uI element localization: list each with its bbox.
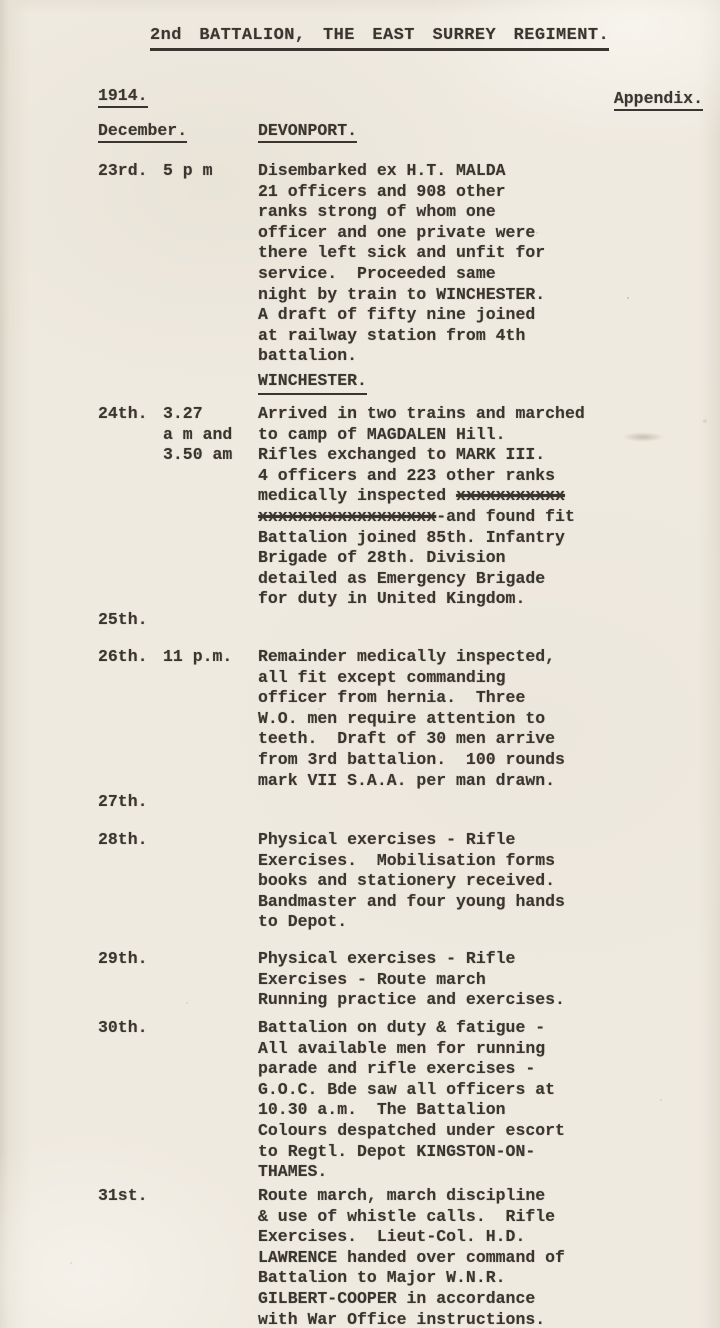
entry-time: 11 p.m. [163,647,258,668]
struck-out-text: xxxxxxxxxxxxxxxxxx [258,507,436,526]
month-heading: December. [98,121,187,143]
entry-date: 24th. [98,404,163,425]
diary-entry-26th: 26th.11 p.m.Remainder medically inspecte… [98,647,710,791]
entry-body: Remainder medically inspected,all fit ex… [258,647,710,791]
year-heading: 1914. [98,86,148,108]
location-heading-label: WINCHESTER. [258,371,367,395]
entry-date: 28th. [98,830,163,851]
entry-date: 23rd. [98,161,163,182]
diary-entry-23rd: 23rd.5 p mDisembarked ex H.T. MALDA21 of… [98,161,710,367]
entry-body: Battalion on duty & fatigue -All availab… [258,1018,710,1183]
diary-entry-31st: 31st.Route march, march discipline& use … [98,1186,710,1328]
entry-time: 3.27 a m and 3.50 am [163,404,258,466]
entry-date: 27th. [98,792,163,813]
entry-body: Physical exercises - RifleExercises - Ro… [258,949,710,1011]
diary-entry-27th: 27th. [98,792,710,813]
entry-time: 5 p m [163,161,258,182]
entry-date: 30th. [98,1018,163,1039]
entry-body: Physical exercises - RifleExercises. Mob… [258,830,710,933]
location-heading-winchester: WINCHESTER. [98,371,710,395]
location-heading-devonport: DEVONPORT. [258,121,357,143]
struck-out-text: xxxxxxxxxxx [456,486,565,505]
diary-entry-25th: 25th. [98,610,710,631]
diary-entry-29th: 29th.Physical exercises - RifleExercises… [98,949,710,1011]
entry-date: 29th. [98,949,163,970]
diary-entry-24th: 24th.3.27 a m and 3.50 amArrived in two … [98,404,710,610]
entry-body: Arrived in two trains and marchedto camp… [258,404,710,610]
page-title: 2nd BATTALION, THE EAST SURREY REGIMENT. [150,26,609,51]
diary-entry-28th: 28th.Physical exercises - RifleExercises… [98,830,710,933]
appendix-label: Appendix. [614,89,703,111]
document-page: 2nd BATTALION, THE EAST SURREY REGIMENT.… [0,0,720,1328]
entry-date: 25th. [98,610,163,631]
entry-date: 26th. [98,647,163,668]
entry-body: Route march, march discipline& use of wh… [258,1186,710,1328]
entry-body: Disembarked ex H.T. MALDA21 officers and… [258,161,710,367]
diary-entry-30th: 30th.Battalion on duty & fatigue -All av… [98,1018,710,1183]
entry-date: 31st. [98,1186,163,1207]
